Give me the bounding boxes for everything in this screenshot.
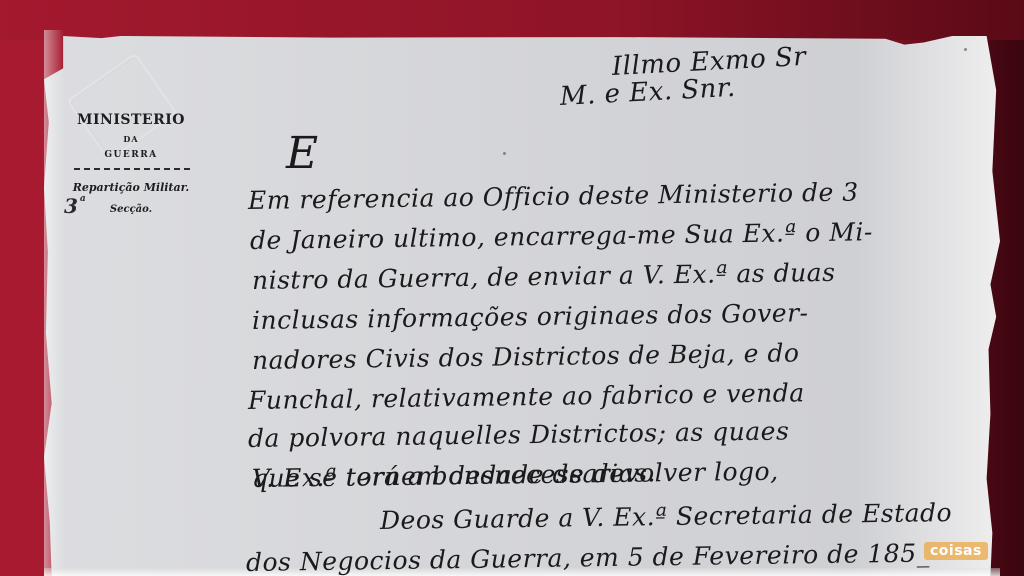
ink-speck	[503, 152, 506, 155]
stamp-section: 3a Secção.	[56, 204, 206, 215]
body-line-9: que se tornem desnecessarias.	[252, 458, 656, 493]
stamp-da: DA	[56, 134, 206, 144]
stamp-ministry: MINISTERIO	[56, 112, 206, 128]
stamp-guerra: GUERRA	[56, 150, 206, 160]
handwritten-section-number: 3a	[64, 194, 86, 218]
watermark-logo: coisas	[924, 542, 988, 560]
stamp-department: Repartição Militar.	[56, 181, 206, 194]
stamp-divider	[74, 168, 190, 173]
ink-speck	[964, 48, 967, 51]
letterhead-stamp: MINISTERIO DA GUERRA Repartição Militar.…	[56, 112, 206, 215]
stamp-section-label: Secção.	[110, 204, 152, 215]
background-top-shade	[0, 0, 1024, 40]
initial-capital: E	[286, 128, 319, 179]
